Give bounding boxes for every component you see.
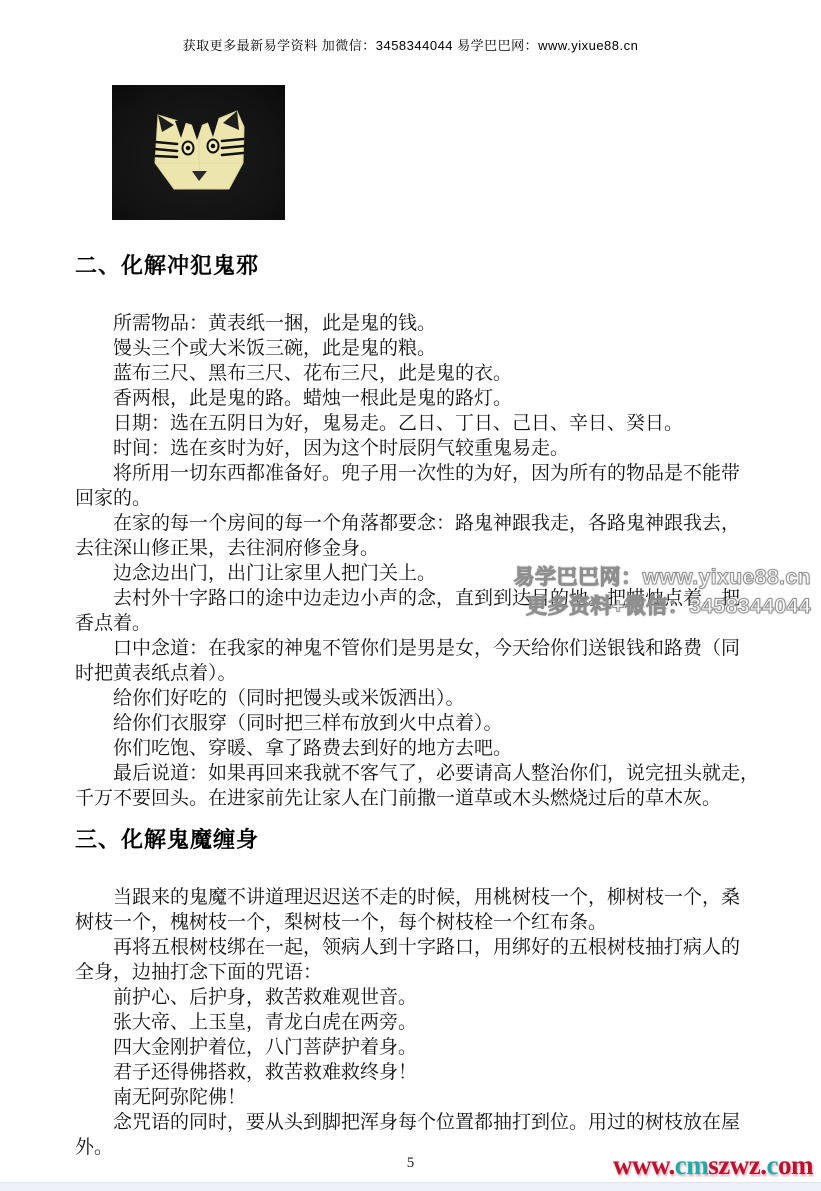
url-segment: cm: [675, 1150, 708, 1180]
text-line: 张大帝、上玉皇，青龙白虎在两旁。: [75, 1010, 765, 1035]
text-line: 君子还得佛搭救，救苦救难救终身！: [75, 1060, 765, 1085]
section-heading: 三、化解鬼魔缠身: [75, 826, 765, 854]
document-body: 二、化解冲犯鬼邪所需物品：黄表纸一捆，此是鬼的钱。馒头三个或大米饭三碗，此是鬼的…: [75, 252, 765, 1160]
text-line: 去往深山修正果，去往洞府修金身。: [75, 536, 765, 561]
text-line: 时把黄表纸点着）。: [75, 661, 765, 686]
text-line: 蓝布三尺、黑布三尺、花布三尺，此是鬼的衣。: [75, 361, 765, 386]
text-line: 再将五根树枝绑在一起，领病人到十字路口，用绑好的五根树枝抽打病人的: [75, 935, 765, 960]
text-line: 给你们好吃的（同时把馒头或米饭洒出）。: [75, 686, 765, 711]
text-line: 日期：选在五阴日为好，鬼易走。乙日、丁日、己日、辛日、癸日。: [75, 411, 765, 436]
text-line: 树枝一个，槐树枝一个，梨树枝一个，每个树枝栓一个红布条。: [75, 910, 765, 935]
origami-cat-image: [112, 85, 285, 220]
text-line: 口中念道：在我家的神鬼不管你们是男是女，今天给你们送银钱和路费（同: [75, 636, 765, 661]
cat-right-eye: [208, 140, 219, 153]
text-line: 千万不要回头。在进家前先让家人在门前撒一道草或木头燃烧过后的草木灰。: [75, 786, 765, 811]
url-segment: c: [767, 1150, 778, 1180]
cat-face: [155, 111, 244, 189]
text-line: 前护心、后护身，救苦救难观世音。: [75, 985, 765, 1010]
text-line: 当跟来的鬼魔不讲道理迟迟送不走的时候，用桃树枝一个，柳树枝一个，桑: [75, 885, 765, 910]
text-line: 馒头三个或大米饭三碗，此是鬼的粮。: [75, 336, 765, 361]
header-note: 获取更多最新易学资料 加微信：3458344044 易学巴巴网：www.yixu…: [0, 35, 821, 54]
text-line: 香点着。: [75, 611, 765, 636]
origami-cat-photo: [112, 85, 285, 220]
footer-site-url: www.cmszwz.com: [613, 1150, 813, 1181]
text-line: 在家的每一个房间的每一个角落都要念：路鬼神跟我走，各路鬼神跟我去，: [75, 511, 765, 536]
text-line: 将所用一切东西都准备好。兜子用一次性的为好，因为所有的物品是不能带: [75, 461, 765, 486]
text-line: 去村外十字路口的途中边走边小声的念，直到到达目的地。把蜡烛点着，把: [75, 586, 765, 611]
text-line: 念咒语的同时，要从头到脚把浑身每个位置都抽打到位。用过的树枝放在屋: [75, 1110, 765, 1135]
text-line: 所需物品：黄表纸一捆，此是鬼的钱。: [75, 311, 765, 336]
text-line: 你们吃饱、穿暖、拿了路费去到好的地方去吧。: [75, 736, 765, 761]
page-bottom-edge: [0, 1182, 821, 1191]
text-line: 边念边出门，出门让家里人把门关上。: [75, 561, 765, 586]
url-segment: www.: [613, 1150, 675, 1180]
text-line: 香两根，此是鬼的路。蜡烛一根此是鬼的路灯。: [75, 386, 765, 411]
section-heading: 二、化解冲犯鬼邪: [75, 252, 765, 280]
text-line: 回家的。: [75, 486, 765, 511]
document-page: 获取更多最新易学资料 加微信：3458344044 易学巴巴网：www.yixu…: [0, 0, 821, 1191]
cat-left-eye: [183, 142, 194, 155]
text-line: 时间：选在亥时为好，因为这个时辰阴气较重鬼易走。: [75, 436, 765, 461]
text-line: 南无阿弥陀佛！: [75, 1085, 765, 1110]
url-segment: szwz: [708, 1150, 760, 1180]
text-line: 给你们衣服穿（同时把三样布放到火中点着）。: [75, 711, 765, 736]
text-line: 四大金刚护着位，八门菩萨护着身。: [75, 1035, 765, 1060]
text-line: 全身，边抽打念下面的咒语：: [75, 960, 765, 985]
url-segment: om: [778, 1150, 813, 1180]
text-line: 最后说道：如果再回来我就不客气了，必要请高人整治你们，说完扭头就走，: [75, 761, 765, 786]
